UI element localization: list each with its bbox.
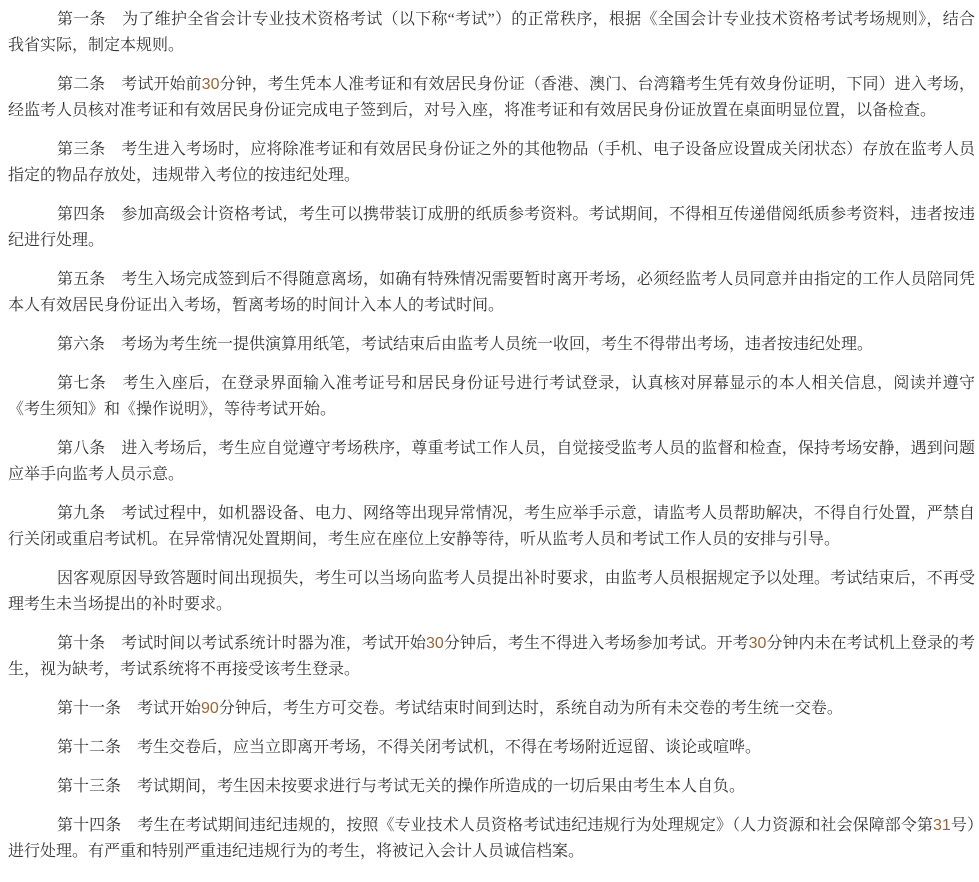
article-7: 第七条 考生入座后，在登录界面输入准考证号和居民身份证号进行考试登录，认真核对屏… [8,371,975,423]
exam-rules-document: 第一条 为了维护全省会计专业技术资格考试（以下称“考试”）的正常秩序，根据《全国… [8,7,975,865]
inline-number: 30 [749,635,767,652]
article-2: 第二条 考试开始前30分钟，考生凭本人准考证和有效居民身份证（香港、澳门、台湾籍… [8,72,975,124]
article-6: 第六条 考场为考生统一提供演算用纸笔，考试结束后由监考人员统一收回，考生不得带出… [8,332,975,358]
article-9-supplement: 因客观原因导致答题时间出现损失，考生可以当场向监考人员提出补时要求，由监考人员根… [8,566,975,618]
article-3: 第三条 考生进入考场时，应将除准考证和有效居民身份证之外的其他物品（手机、电子设… [8,137,975,189]
inline-number: 90 [201,700,219,717]
inline-number: 31 [933,817,951,834]
article-8: 第八条 进入考场后，考生应自觉遵守考场秩序，尊重考试工作人员，自觉接受监考人员的… [8,436,975,488]
article-12: 第十二条 考生交卷后，应当立即离开考场，不得关闭考试机，不得在考场附近逗留、谈论… [8,735,975,761]
article-4: 第四条 参加高级会计资格考试，考生可以携带装订成册的纸质参考资料。考试期间，不得… [8,202,975,254]
inline-number: 30 [202,76,220,93]
article-11: 第十一条 考试开始90分钟后，考生方可交卷。考试结束时间到达时，系统自动为所有未… [8,696,975,722]
inline-number: 30 [426,635,444,652]
article-10: 第十条 考试时间以考试系统计时器为准，考试开始30分钟后，考生不得进入考场参加考… [8,631,975,683]
article-9: 第九条 考试过程中，如机器设备、电力、网络等出现异常情况，考生应举手示意，请监考… [8,501,975,553]
article-1: 第一条 为了维护全省会计专业技术资格考试（以下称“考试”）的正常秩序，根据《全国… [8,7,975,59]
article-5: 第五条 考生入场完成签到后不得随意离场，如确有特殊情况需要暂时离开考场，必须经监… [8,267,975,319]
article-13: 第十三条 考试期间，考生因未按要求进行与考试无关的操作所造成的一切后果由考生本人… [8,774,975,800]
article-14: 第十四条 考生在考试期间违纪违规的，按照《专业技术人员资格考试违纪违规行为处理规… [8,813,975,865]
